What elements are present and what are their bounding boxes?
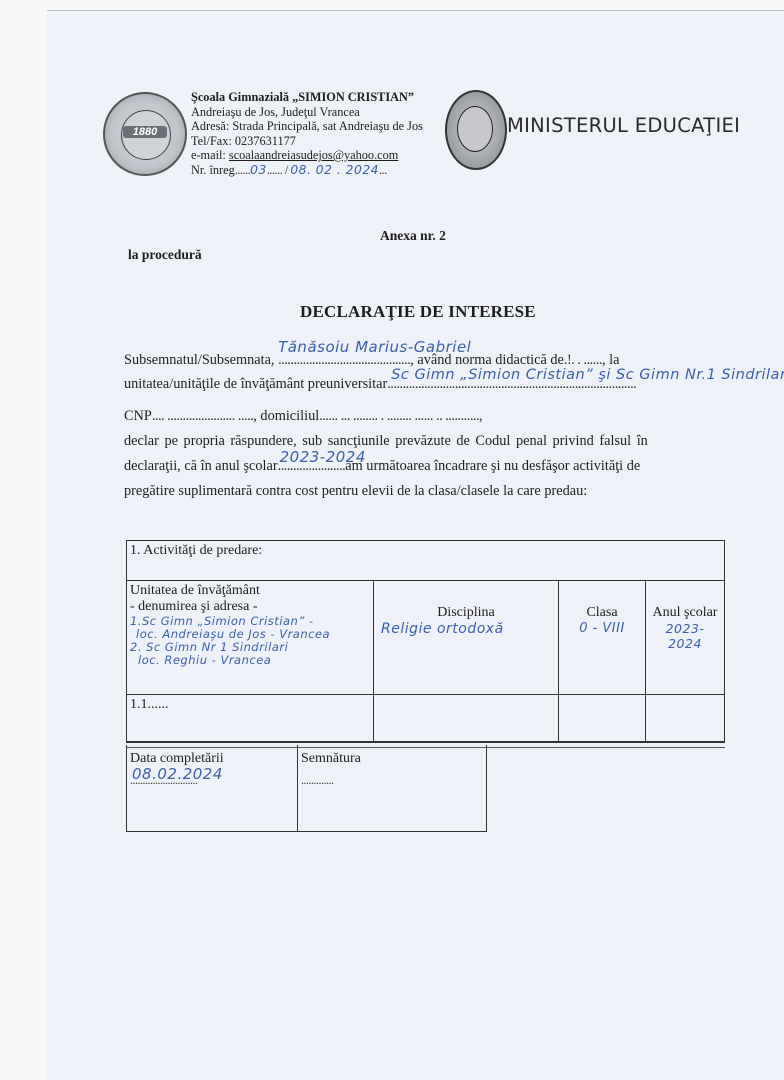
- norm-field[interactable]: .!. . ......: [564, 352, 602, 368]
- class-cell[interactable]: [559, 695, 646, 742]
- signature-label: Semnătura: [301, 751, 361, 767]
- discipline-value[interactable]: Religie ortodoxă: [377, 621, 555, 637]
- guvernul-romaniei-seal-icon: [445, 90, 507, 170]
- reg-dots: ......: [235, 163, 250, 177]
- school-seal-year: 1880: [123, 126, 167, 138]
- date-cell: Data completării 08.02.2024 ............…: [127, 745, 298, 831]
- school-year-cell[interactable]: [646, 695, 725, 742]
- units-label: unitatea/unităţile de învăţământ preuniv…: [124, 376, 387, 392]
- ministry-name: MINISTERUL EDUCAŢIEI: [507, 114, 740, 137]
- school-year-cell: Anul şcolar 2023-2024: [646, 581, 725, 695]
- school-year-field[interactable]: 2023-2024: [280, 448, 366, 466]
- address-label: , domiciliul: [253, 408, 319, 424]
- school-year-line: declaraţii, că în anul şcolar ..........…: [124, 458, 640, 475]
- school-year-value[interactable]: 2023-2024: [649, 621, 721, 651]
- cnp-line: CNP.... ...................... ....., do…: [124, 408, 482, 425]
- section-title: 1. Activităţi de predare:: [127, 541, 725, 581]
- reg-label: Nr. înreg: [191, 163, 235, 177]
- school-phone: Tel/Fax: 0237631177: [191, 134, 423, 149]
- unit-header-1: Unitatea de învăţământ: [130, 583, 370, 599]
- school-email-line: e-mail: scoalaandreiasudejos@yahoo.com: [191, 148, 423, 163]
- reg-dots-end: ...: [379, 163, 387, 177]
- table-row: Unitatea de învăţământ - denumirea şi ad…: [127, 581, 725, 695]
- document-title: DECLARAŢIE DE INTERESE: [300, 302, 536, 322]
- annex-label: Anexa nr. 2: [380, 228, 446, 244]
- school-info: Şcoala Gimnazială „SIMION CRISTIAN” Andr…: [191, 90, 423, 177]
- unit-cell[interactable]: 1.1......: [127, 695, 374, 742]
- discipline-header: Disciplina: [377, 605, 555, 621]
- school-name: Şcoala Gimnazială „SIMION CRISTIAN”: [191, 90, 423, 105]
- declaration-line-1: declar pe propria răspundere, sub sancţi…: [124, 433, 648, 450]
- school-location: Andreiaşu de Jos, Judeţul Vrancea: [191, 105, 423, 120]
- declarant-name-field[interactable]: Tănăsoiu Marius-Gabriel: [278, 338, 471, 356]
- discipline-cell: Disciplina Religie ortodoxă: [374, 581, 559, 695]
- discipline-cell[interactable]: [374, 695, 559, 742]
- signature-cell: Semnătura .............: [298, 745, 486, 831]
- reg-number: 03: [250, 163, 267, 177]
- unit-cell: Unitatea de învăţământ - denumirea şi ad…: [127, 581, 374, 695]
- school-year-label: declaraţii, că în anul şcolar: [124, 458, 278, 474]
- school-year-suffix: am următoarea încadrare şi nu desfăşor a…: [345, 458, 640, 474]
- school-seal-icon: 1880: [103, 92, 187, 176]
- annex-subtitle: la procedură: [128, 247, 202, 263]
- school-year-header: Anul şcolar: [649, 605, 721, 621]
- declaration-line-2: pregătire suplimentară contra cost pentr…: [124, 483, 587, 500]
- signature-field[interactable]: .............: [301, 773, 334, 788]
- address-field[interactable]: ...... ... ........ . ........ ...... ..…: [319, 408, 482, 424]
- class-cell: Clasa 0 - VIII: [559, 581, 646, 695]
- unit-header-2: - denumirea şi adresa -: [130, 599, 370, 615]
- units-line: unitatea/unităţile de învăţământ preuniv…: [124, 376, 636, 393]
- coat-of-arms-icon: [457, 106, 493, 152]
- signature-box: Data completării 08.02.2024 ............…: [126, 745, 487, 832]
- school-email-link[interactable]: scoalaandreiasudejos@yahoo.com: [229, 148, 398, 162]
- cnp-field[interactable]: .... ...................... .....: [152, 408, 253, 424]
- email-label: e-mail:: [191, 148, 229, 162]
- unit-value-line[interactable]: loc. Reghiu - Vrancea: [130, 654, 370, 667]
- reg-sep: ...... /: [267, 163, 291, 177]
- date-dots: ...........................: [130, 773, 198, 788]
- class-header: Clasa: [562, 605, 642, 621]
- units-field[interactable]: Sc Gimn „Simion Cristian” şi Sc Gimn Nr.…: [391, 367, 784, 383]
- declarant-label: Subsemnatul/Subsemnata,: [124, 352, 278, 368]
- table-row: 1.1......: [127, 695, 725, 742]
- school-address: Adresă: Strada Principală, sat Andreiaşu…: [191, 119, 423, 134]
- reg-date: 08. 02 . 2024: [290, 163, 379, 177]
- teaching-activities-table: 1. Activităţi de predare: Unitatea de în…: [126, 540, 725, 742]
- class-value[interactable]: 0 - VIII: [562, 621, 642, 636]
- registration-line: Nr. înreg......03...... / 08. 02 . 2024.…: [191, 163, 423, 178]
- norm-suffix: , la: [602, 352, 619, 368]
- cnp-label: CNP: [124, 408, 152, 424]
